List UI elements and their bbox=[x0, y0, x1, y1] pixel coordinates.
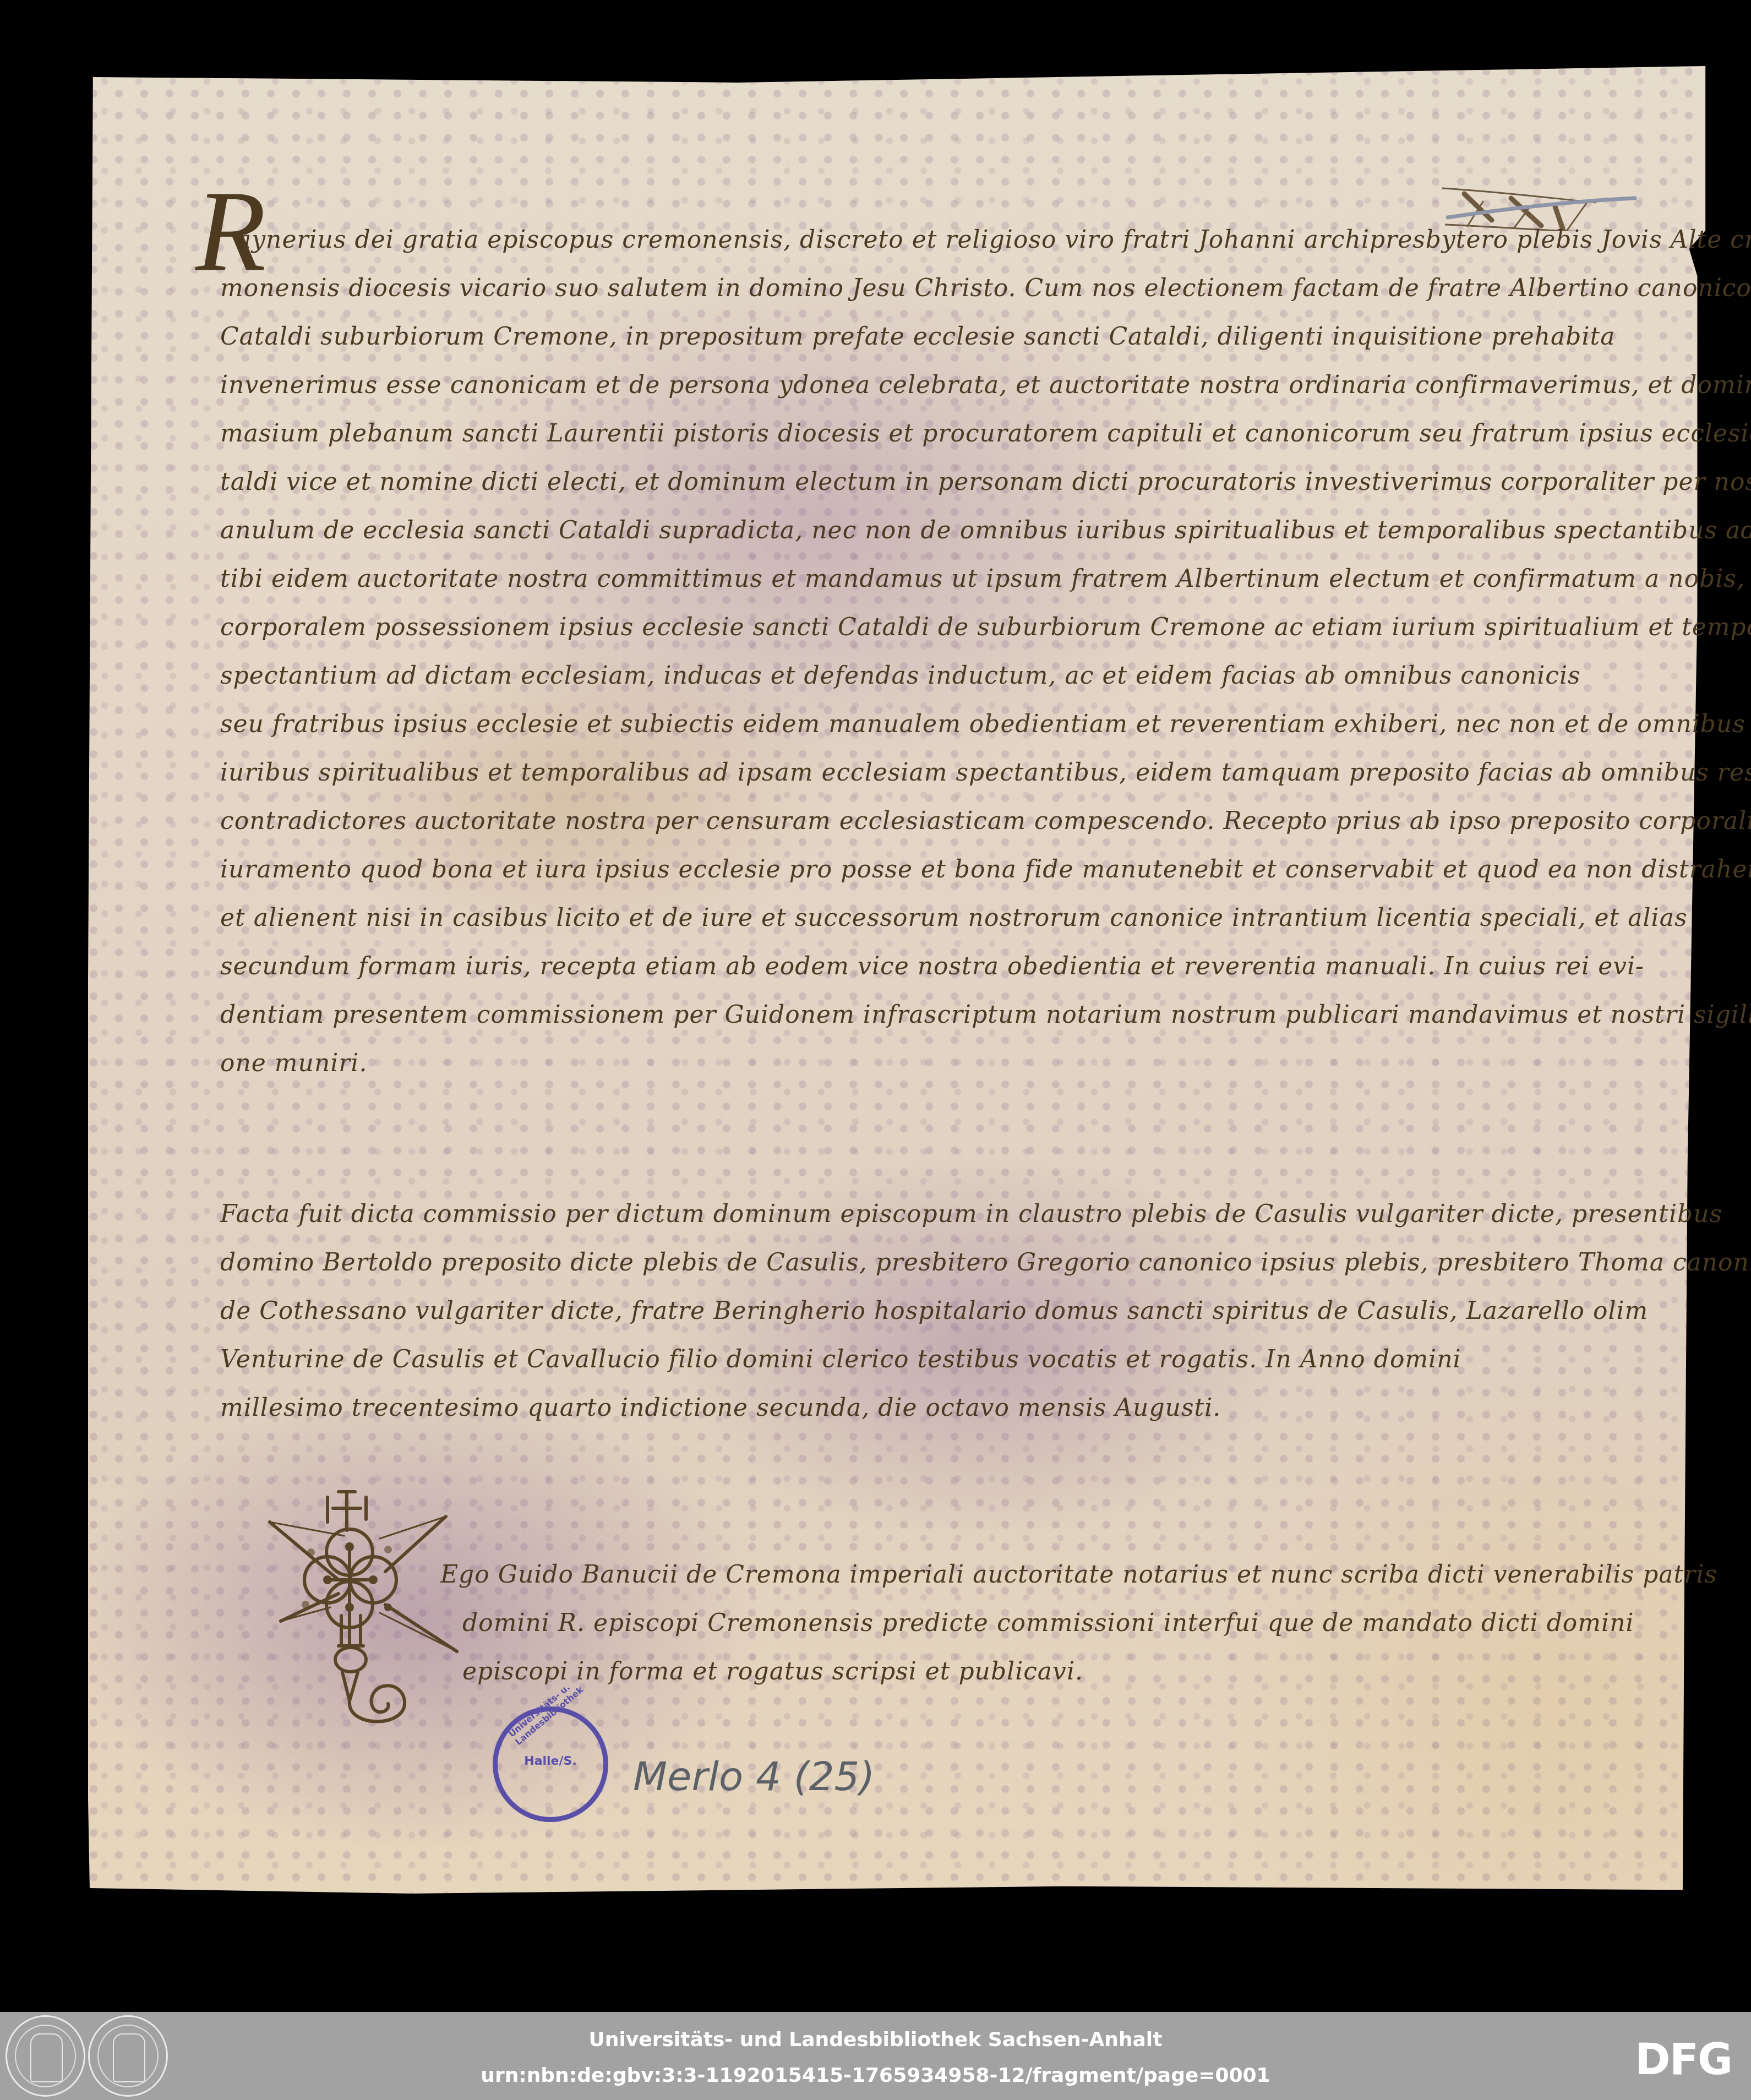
notarial-sign-icon bbox=[248, 1470, 468, 1734]
body-line: iuribus spiritualibus et temporalibus ad… bbox=[220, 759, 1751, 787]
body-line: masium plebanum sancti Laurentii pistori… bbox=[220, 419, 1751, 448]
roman-numeral-shelfmark: XXV bbox=[1431, 182, 1640, 231]
stamp-ring-text: Universitäts- u. Landesbibliothek bbox=[503, 1717, 598, 1812]
body-line: anulum de ecclesia sancti Cataldi suprad… bbox=[220, 516, 1751, 544]
dating-line: de Cothessano vulgariter dicte, fratre B… bbox=[220, 1297, 1648, 1325]
svg-text:XXV: XXV bbox=[1431, 182, 1432, 182]
dating-line: millesimo trecentesimo quarto indictione… bbox=[220, 1394, 1221, 1422]
body-line: contradictores auctoritate nostra per ce… bbox=[220, 807, 1751, 835]
library-ownership-stamp: Halle/S. Universitäts- u. Landesbiblioth… bbox=[493, 1706, 608, 1822]
dating-line: domino Bertoldo preposito dicte plebis d… bbox=[220, 1248, 1751, 1277]
institution-name: Universitäts- und Landesbibliothek Sachs… bbox=[0, 2028, 1751, 2051]
body-line: dentiam presentem commissionem per Guido… bbox=[220, 1001, 1751, 1029]
dating-line: Facta fuit dicta commissio per dictum do… bbox=[220, 1200, 1722, 1228]
subscription-line: episcopi in forma et rogatus scripsi et … bbox=[462, 1657, 1083, 1686]
body-line: taldi vice et nomine dicti electi, et do… bbox=[220, 468, 1751, 496]
pencil-shelfmark: Merlo 4 (25) bbox=[633, 1753, 875, 1799]
body-line: Cataldi suburbiorum Cremone, in preposit… bbox=[220, 323, 1615, 351]
body-line: aynerius dei gratia episcopus cremonensi… bbox=[237, 226, 1751, 254]
body-line: secundum formam iuris, recepta etiam ab … bbox=[220, 952, 1644, 980]
body-line: tibi eidem auctoritate nostra committimu… bbox=[220, 565, 1751, 593]
digitization-footer: Universitäts- und Landesbibliothek Sachs… bbox=[0, 2012, 1751, 2100]
body-line: one muniri. bbox=[220, 1049, 367, 1077]
dfg-logo: DFG bbox=[1635, 2035, 1732, 2085]
urn-identifier[interactable]: urn:nbn:de:gbv:3:3-1192015415-1765934958… bbox=[0, 2064, 1751, 2087]
body-line: et alienent nisi in casibus licito et de… bbox=[220, 904, 1687, 932]
scan-background: XXV R aynerius dei gratia episcopus crem… bbox=[0, 0, 1751, 2012]
body-line: seu fratribus ipsius ecclesie et subiect… bbox=[220, 710, 1745, 738]
body-line: corporalem possessionem ipsius ecclesie … bbox=[220, 613, 1751, 641]
body-line: spectantium ad dictam ecclesiam, inducas… bbox=[220, 662, 1581, 690]
subscription-line: Ego Guido Banucii de Cremona imperiali a… bbox=[440, 1561, 1717, 1589]
dating-line: Venturine de Casulis et Cavallucio filio… bbox=[220, 1345, 1461, 1373]
body-line: invenerimus esse canonicam et de persona… bbox=[220, 371, 1751, 399]
body-line: monensis diocesis vicario suo salutem in… bbox=[220, 274, 1751, 302]
body-line: iuramento quod bona et iura ipsius eccle… bbox=[220, 855, 1751, 883]
subscription-line: domini R. episcopi Cremonensis predicte … bbox=[462, 1609, 1634, 1637]
